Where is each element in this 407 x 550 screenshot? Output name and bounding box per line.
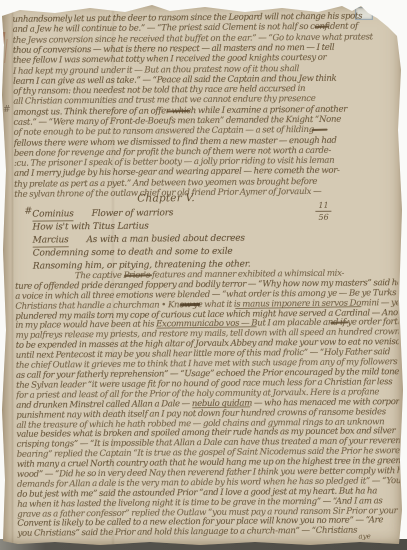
epigraph-row: How is't with Titus Lartius [32,220,148,233]
epigraph-line: Flower of warriors [92,208,174,219]
manuscript-line: you Christians” said the Prior and hold … [17,525,400,540]
epigraph-row: CominiusFlower of warriors [32,207,173,221]
epigraph-line: As with a man busied about decrees [86,234,244,246]
epigraph-line: How is't with Titus Lartius [32,221,148,232]
handwriting-layer: unhandsomely let us put the deer to rans… [0,0,407,550]
epigraph-row: Condemning some to death and some to exi… [33,246,233,260]
chapter-heading: Chapter V. [137,192,195,205]
ink-strikethrough-mark [315,26,329,28]
epigraph-line: Condemning some to death and some to exi… [33,247,233,259]
document-scan: # unhandsomely let us put the deer to ra… [0,0,407,550]
page-fraction-note: 11 56 [315,201,331,222]
epigraph-speaker: Marcius [33,234,69,247]
fraction-numerator: 11 [315,201,331,212]
fraction-denominator: 56 [315,212,331,222]
epigraph-speaker: Cominius [32,208,73,221]
catchword: aye [358,532,370,540]
manuscript-line: the sylvan throne of the outlaw chief ou… [14,186,397,201]
epigraph-margin-hash: # [24,206,32,217]
manuscript-page: # unhandsomely let us put the deer to ra… [0,0,407,550]
ink-strikethrough-mark [180,303,200,307]
